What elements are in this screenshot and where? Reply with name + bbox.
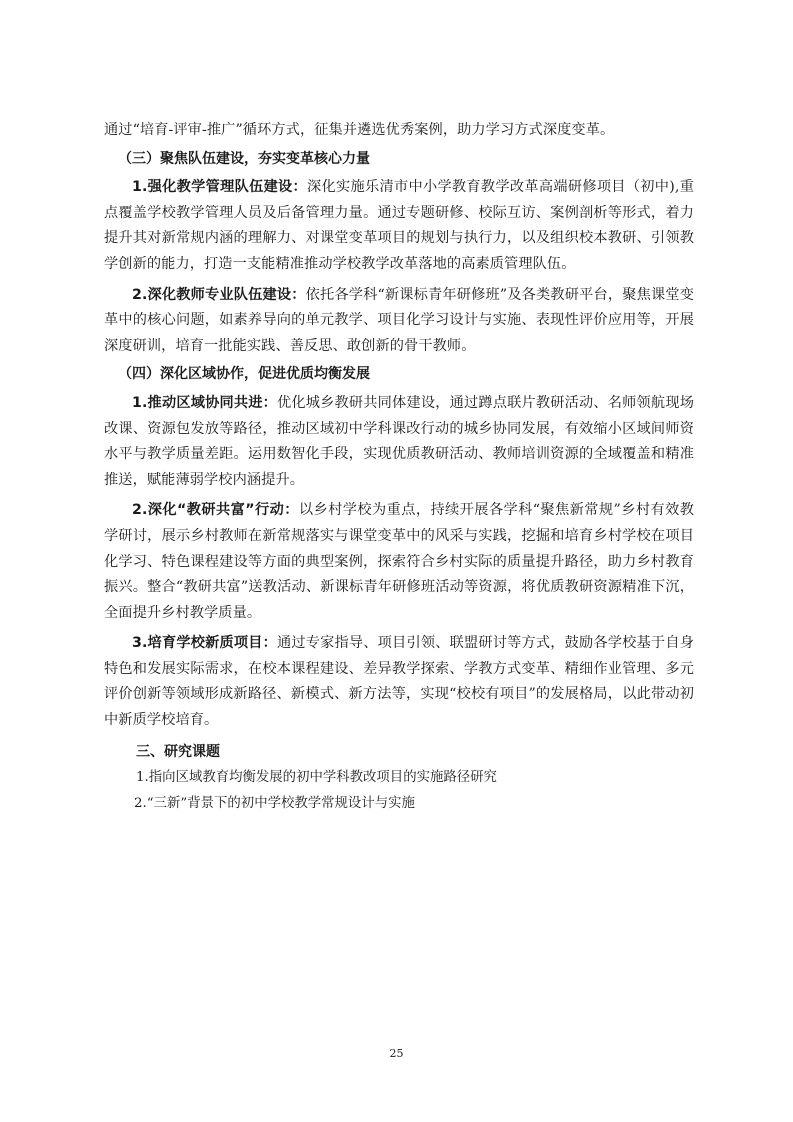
section-4-heading: （四）深化区域协作，促进优质均衡发展 — [104, 362, 694, 388]
item-lead: 2.深化“教研共富”行动： — [132, 502, 299, 518]
research-topic-1: 1.指向区域教育均衡发展的初中学科教改项目的实施路径研究 — [104, 765, 694, 791]
section-4-item-3: 3.培育学校新质项目：通过专家指导、项目引领、联盟研讨等方式，鼓励各学校基于自身… — [104, 631, 694, 733]
intro-paragraph-tail: 通过“培育-评审-推广”循环方式，征集并遴选优秀案例，助力学习方式深度变革。 — [104, 118, 694, 144]
research-topics-title: 三、研究课题 — [104, 740, 694, 766]
page-number: 25 — [0, 1047, 793, 1060]
section-3-item-2: 2.深化教师专业队伍建设：依托各学科“新课标青年研修班”及各类教研平台，聚焦课堂… — [104, 283, 694, 360]
section-3-heading: （三）聚焦队伍建设，夯实变革核心力量 — [104, 147, 694, 173]
item-lead: 1.强化教学管理队伍建设： — [132, 179, 307, 195]
item-lead: 2.深化教师专业队伍建设： — [132, 287, 306, 303]
section-4-item-1: 1.推动区域协同共进：优化城乡教研共同体建设，通过蹲点联片教研活动、名师领航现场… — [104, 391, 694, 493]
document-page: 通过“培育-评审-推广”循环方式，征集并遴选优秀案例，助力学习方式深度变革。 （… — [104, 118, 694, 816]
section-3-item-1: 1.强化教学管理队伍建设：深化实施乐清市中小学教育教学改革高端研修项目（初中),… — [104, 175, 694, 277]
item-lead: 1.推动区域协同共进： — [132, 395, 277, 411]
research-topic-2: 2.“三新”背景下的初中学校教学常规设计与实施 — [104, 791, 694, 817]
item-text: 以乡村学校为重点，持续开展各学科“聚焦新常规”乡村有效教学研讨，展示乡村教师在新… — [104, 502, 694, 620]
item-lead: 3.培育学校新质项目： — [132, 635, 277, 651]
section-4-item-2: 2.深化“教研共富”行动：以乡村学校为重点，持续开展各学科“聚焦新常规”乡村有效… — [104, 498, 694, 626]
